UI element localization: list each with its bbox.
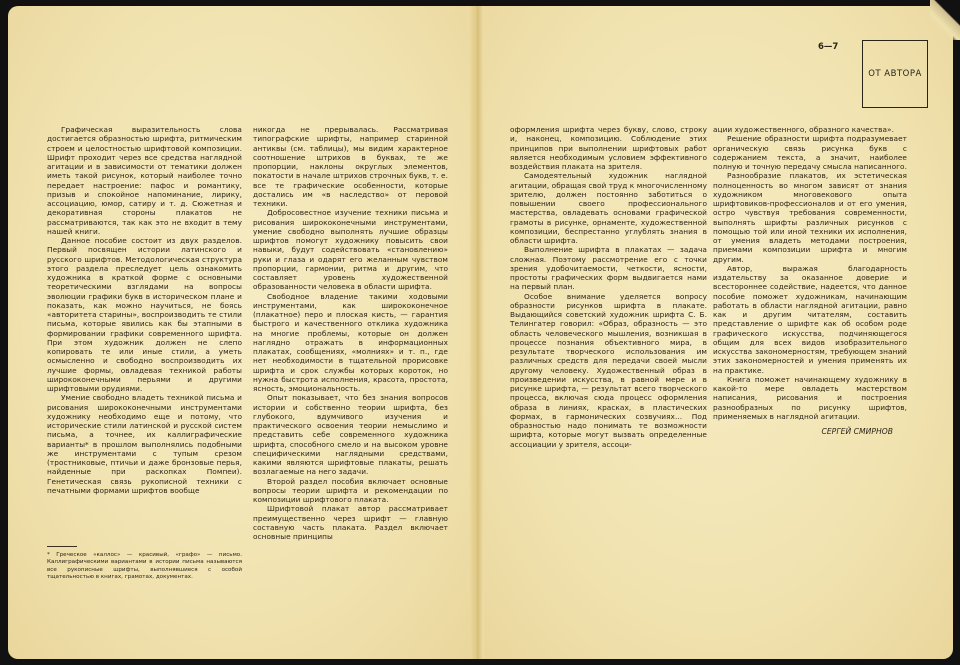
page-corner-curl [930,0,960,40]
paragraph: Самодеятельный художник наглядной агитац… [510,171,707,245]
paragraph: Умение свободно владеть техникой письма … [47,393,242,495]
right-column-2: ации художественного, образного качества… [713,125,907,436]
right-column-1: оформления шрифта через букву, слово, ст… [510,125,707,449]
paragraph: Книга поможет начинающему художнику в ка… [713,375,907,421]
paragraph: ации художественного, образного качества… [713,125,907,134]
page-numbers: 6—7 [818,42,838,52]
author-signature: СЕРГЕЙ СМИРНОВ [713,427,907,436]
footnote: * Греческое «каллос» — красивый, «графо»… [47,552,242,582]
paragraph: Разнообразие плакатов, их эстетическая п… [713,171,907,264]
paragraph: Свободное владение такими ходовыми инстр… [253,292,448,394]
section-title: ОТ АВТОРА [868,69,922,79]
book-spread: Графическая выразительность слова достиг… [0,0,960,665]
paragraph: оформления шрифта через букву, слово, ст… [510,125,707,171]
paragraph: Автор, выражая благодарность издательств… [713,264,907,375]
paragraph: никогда не прерывалась. Рассматривая тип… [253,125,448,208]
paragraph: Добросовестное изучение техники письма и… [253,208,448,291]
section-title-box: ОТ АВТОРА [862,40,928,108]
paragraph: Графическая выразительность слова достиг… [47,125,242,236]
paragraph: Выполнение шрифта в плакатах — задача сл… [510,245,707,291]
left-column-2: никогда не прерывалась. Рассматривая тип… [253,125,448,541]
paragraph: Шрифтовой плакат автор рассматривает пре… [253,504,448,541]
paragraph: Опыт показывает, что без знания вопросов… [253,393,448,476]
paragraph: Данное пособие состоит из двух разделов.… [47,236,242,393]
paragraph: Решение образности шрифта подразумевает … [713,134,907,171]
paragraph: Особое внимание уделяется вопросу образн… [510,292,707,449]
left-column-1: Графическая выразительность слова достиг… [47,125,242,495]
footnote-divider [47,546,77,547]
paragraph: Второй раздел пособия включает основные … [253,477,448,505]
book-gutter [470,6,484,659]
